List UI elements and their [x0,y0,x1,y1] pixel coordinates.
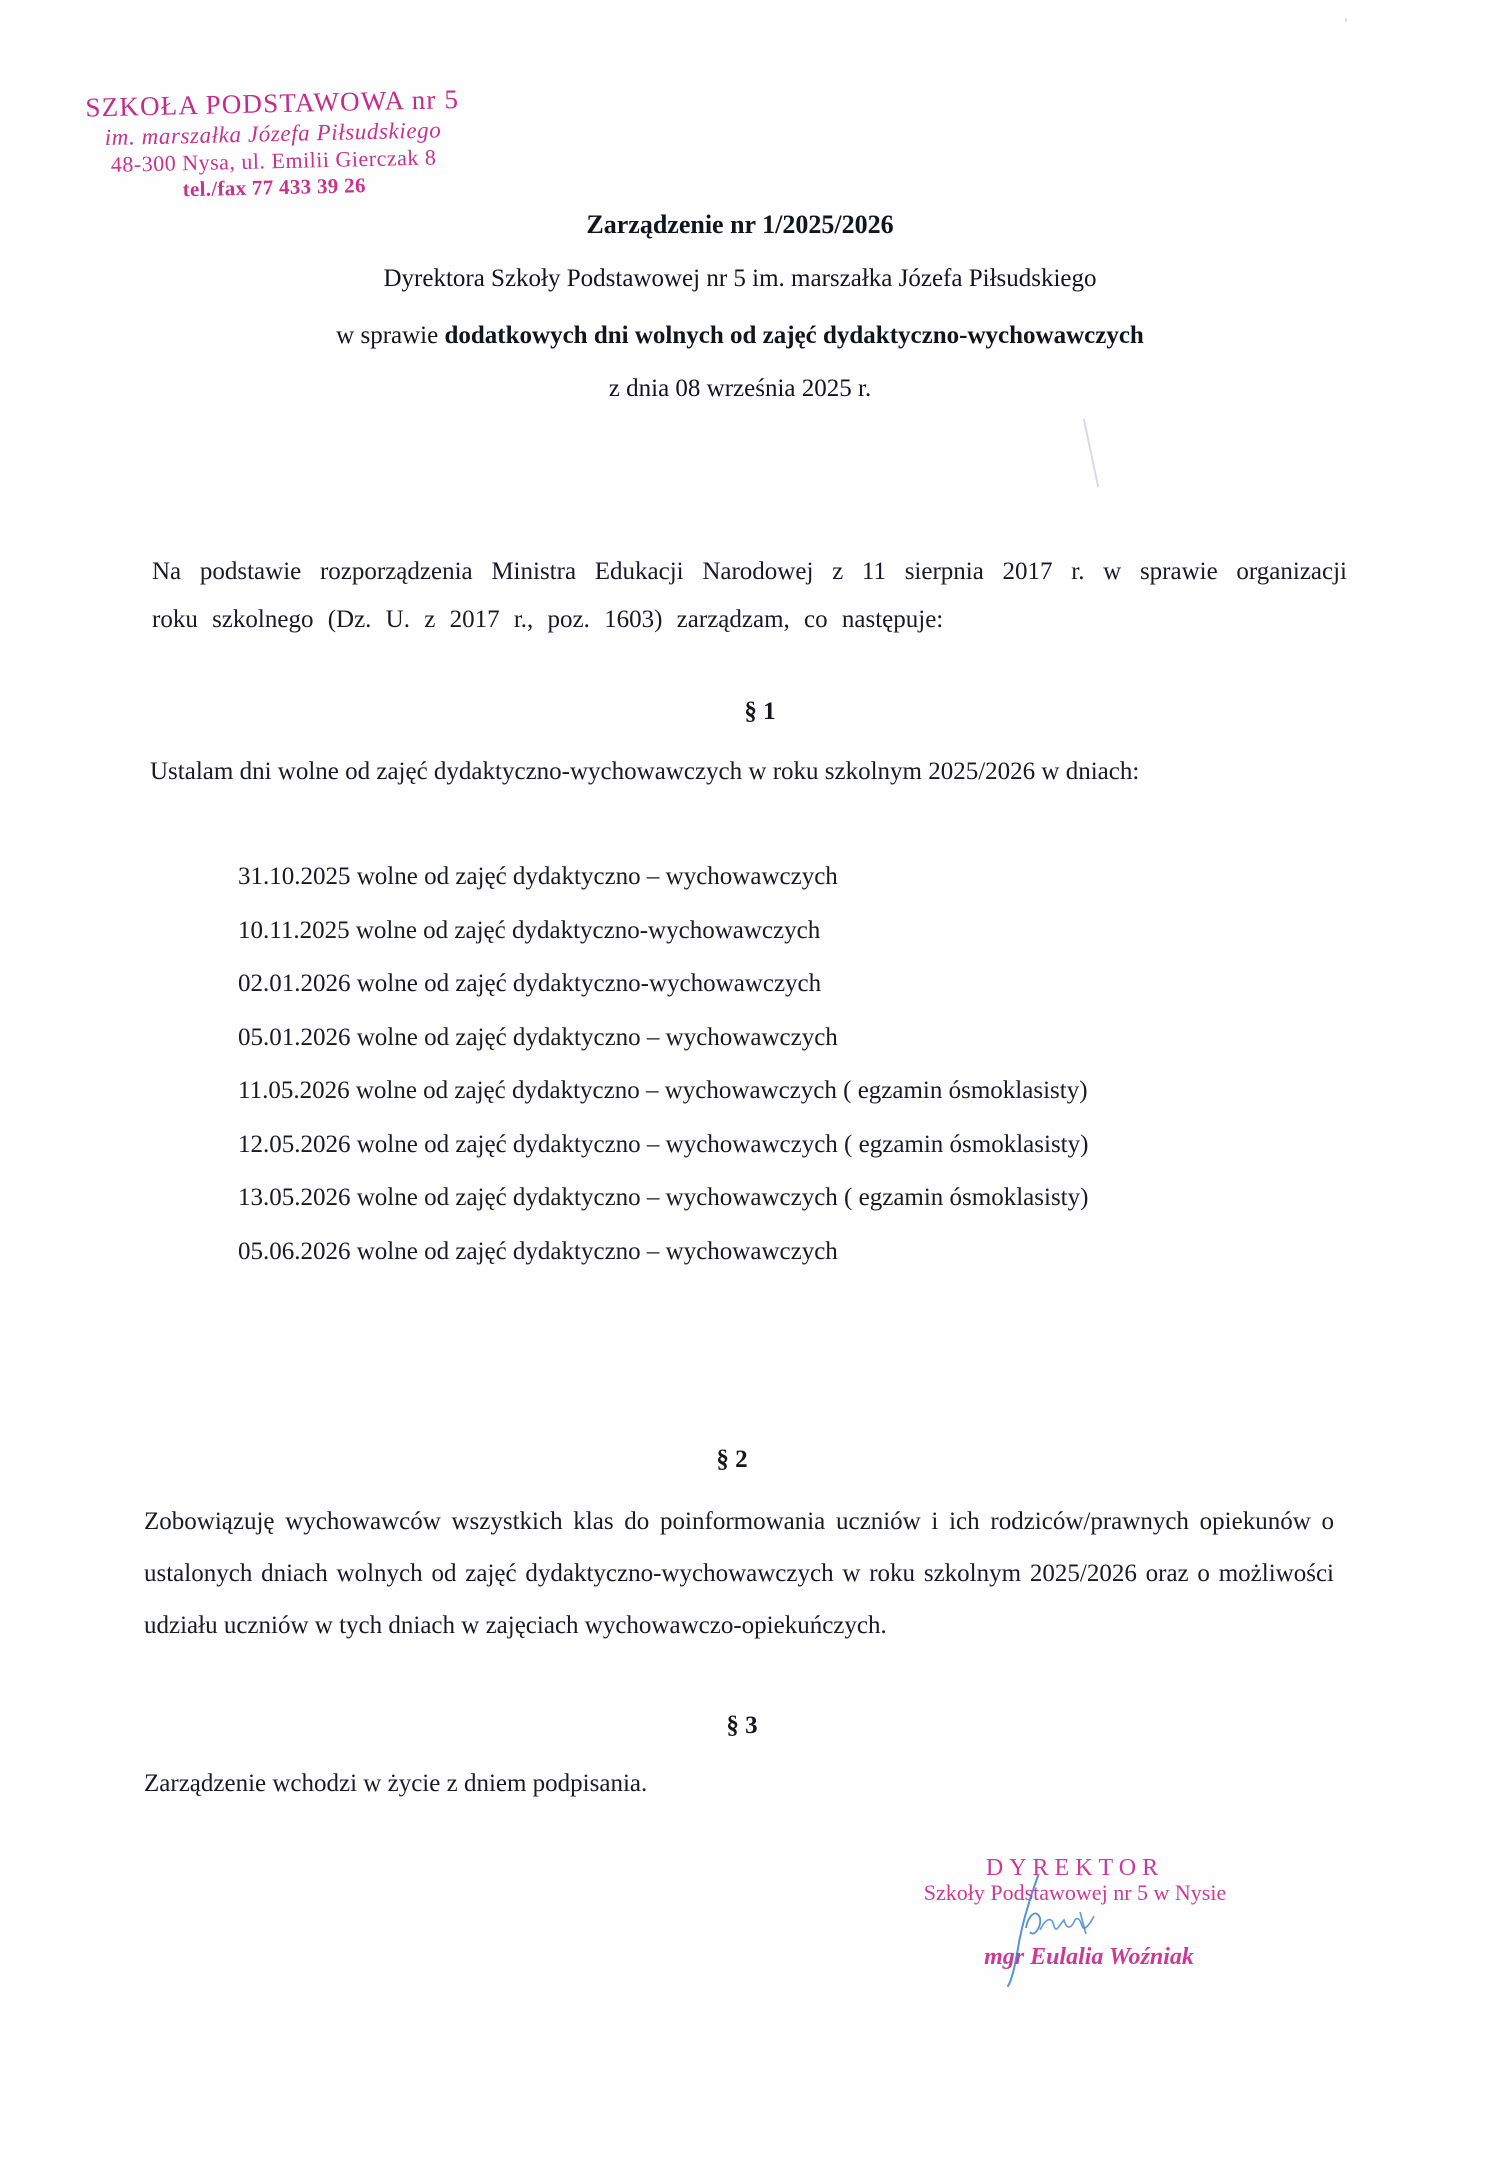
day-off-item: 31.10.2025 wolne od zajęć dydaktyczno – … [238,850,1088,904]
ordinance-issuer: Dyrektora Szkoły Podstawowej nr 5 im. ma… [240,265,1240,293]
day-off-item: 13.05.2026 wolne od zajęć dydaktyczno – … [238,1171,1088,1225]
day-off-item: 10.11.2025 wolne od zajęć dydaktyczno-wy… [238,904,1088,958]
scan-mark [1083,419,1100,488]
day-off-item: 05.06.2026 wolne od zajęć dydaktyczno – … [238,1225,1088,1279]
section-3-mark: § 3 [702,1712,782,1740]
signature-icon [1000,1868,1110,1988]
preamble: Na podstawie rozporządzenia Ministra Edu… [152,548,1347,644]
days-off-list: 31.10.2025 wolne od zajęć dydaktyczno – … [238,850,1088,1278]
ordinance-subject: w sprawie dodatkowych dni wolnych od zaj… [240,322,1240,350]
subject-prefix: w sprawie [336,322,444,349]
school-stamp: SZKOŁA PODSTAWOWA nr 5 im. marszałka Józ… [62,82,484,205]
subject-bold: dodatkowych dni wolnych od zajęć dydakty… [444,322,1143,349]
ordinance-number: Zarządzenie nr 1/2025/2026 [240,210,1240,240]
section-3-text: Zarządzenie wchodzi w życie z dniem podp… [144,1760,1144,1808]
section-2-mark: § 2 [692,1446,772,1474]
section-2-text: Zobowiązuję wychowawców wszystkich klas … [144,1496,1334,1652]
ordinance-date: z dnia 08 września 2025 r. [240,375,1240,403]
day-off-item: 02.01.2026 wolne od zajęć dydaktyczno-wy… [238,957,1088,1011]
day-off-item: 12.05.2026 wolne od zajęć dydaktyczno – … [238,1118,1088,1172]
section-1-mark: § 1 [720,698,800,726]
section-1-text: Ustalam dni wolne od zajęć dydaktyczno-w… [150,748,1270,796]
day-off-item: 11.05.2026 wolne od zajęć dydaktyczno – … [238,1064,1088,1118]
document-page: SZKOŁA PODSTAWOWA nr 5 im. marszałka Józ… [0,0,1495,2164]
scan-mark [1345,18,1347,22]
day-off-item: 05.01.2026 wolne od zajęć dydaktyczno – … [238,1011,1088,1065]
